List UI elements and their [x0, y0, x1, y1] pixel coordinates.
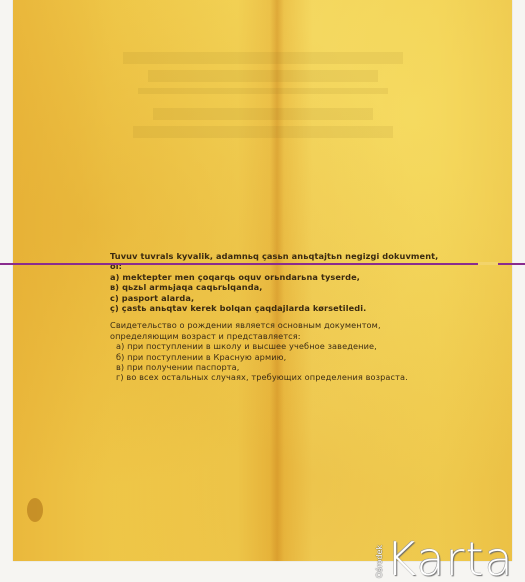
tuvan-item: c) pasport alarda, — [110, 293, 450, 303]
russian-item: в) при получении паспорта, — [110, 362, 450, 372]
watermark-small-text: Ośrodek — [375, 545, 384, 578]
tuvan-intro: Tuvuv tuvrals kyvalik, adamnьq çasьn anь… — [110, 251, 450, 272]
russian-intro: Свидетельство о рождении является основн… — [110, 320, 450, 341]
show-through-reverse-text — [13, 0, 512, 144]
russian-item: г) во всех остальных случаях, требующих … — [110, 372, 450, 382]
watermark-big-text: Karta — [386, 536, 514, 582]
tuvan-item: в) qьzьl armьjaqa caqьrьlqanda, — [110, 282, 450, 292]
document-page: Tuvuv tuvrals kyvalik, adamnьq çasьn anь… — [13, 0, 512, 561]
annotation-line — [0, 263, 525, 265]
watermark-logo: Ośrodek Karta — [375, 528, 514, 582]
paper-stain — [27, 498, 43, 522]
russian-item: а) при поступлении в школу и высшее учеб… — [110, 341, 450, 351]
russian-item: б) при поступлении в Красную армию, — [110, 352, 450, 362]
annotation-line-gap — [478, 262, 498, 265]
tuvan-item: a) mektepter men çoqarqь oquv orьndarьna… — [110, 272, 450, 282]
document-text: Tuvuv tuvrals kyvalik, adamnьq çasьn anь… — [110, 251, 450, 383]
tuvan-item: ç) çastь anьqtav kerek bolqan çaqdajlard… — [110, 303, 450, 313]
russian-section: Свидетельство о рождении является основн… — [110, 320, 450, 382]
